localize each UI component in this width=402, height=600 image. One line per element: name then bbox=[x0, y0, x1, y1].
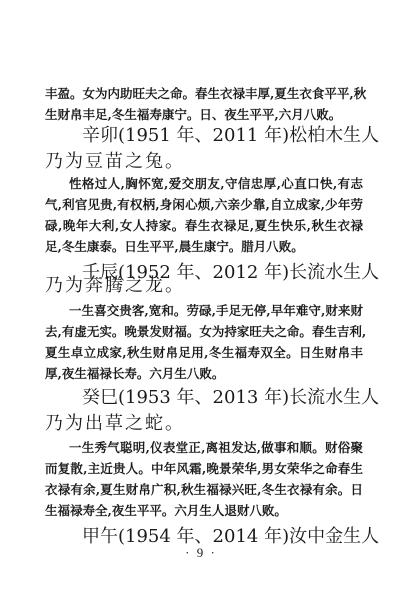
section-heading-xinmao: 辛卯(1951 年、2011 年)松柏木生人 bbox=[82, 123, 363, 149]
body-line: 衣禄有余,夏生财帛广积,秋生福禄兴旺,冬生衣禄有余。日 bbox=[45, 479, 363, 500]
body-line: 夏生卓立成家,秋生财帛足用,冬生福寿双全。日生财帛丰 bbox=[45, 342, 363, 363]
section-heading-xinmao-cont: 乃为豆苗之兔。 bbox=[45, 149, 363, 175]
body-line: 足,冬生康泰。日生平平,晨生康宁。腊月八败。 bbox=[45, 236, 363, 257]
body-line: 去,有虚无实。晚景发财福。女为持家旺夫之命。春生吉利, bbox=[45, 321, 363, 342]
body-line: 气,利官见贵,有权柄,身闲心烦,六亲少靠,自立成家,少年劳 bbox=[45, 194, 363, 215]
section-heading-renchen-cont: 乃为奔腾之龙。 bbox=[45, 273, 363, 299]
book-page: 丰盈。女为内助旺夫之命。春生衣禄丰厚,夏生衣食平平,秋 生财帛丰足,冬生福寿康宁… bbox=[0, 0, 402, 600]
section-heading-guisi: 癸巳(1953 年、2013 年)长流水生人 bbox=[82, 385, 363, 411]
body-line: 一生喜交贵客,宽和。劳碌,手足无停,早年难守,财来财 bbox=[69, 300, 363, 321]
body-line: 生福禄寿全,夜生平平。六月生人退财八败。 bbox=[45, 500, 363, 521]
body-line: 一生秀气聪明,仪表堂正,离祖发达,做事和顺。财俗聚 bbox=[69, 437, 363, 458]
page-number: · 9 · bbox=[0, 545, 402, 561]
body-line: 丰盈。女为内助旺夫之命。春生衣禄丰厚,夏生衣食平平,秋 bbox=[45, 83, 363, 104]
body-line: 而复散,主近贵人。中年风霜,晚景荣华,男女荣华之命春生 bbox=[45, 458, 363, 479]
body-line: 性格过人,胸怀宽,爱交朋友,守信忠厚,心直口快,有志 bbox=[69, 173, 363, 194]
body-line: 碌,晚年大利,女人持家。春生衣禄足,夏生快乐,秋生衣禄 bbox=[45, 215, 363, 236]
body-line: 生财帛丰足,冬生福寿康宁。日、夜生平平,六月八败。 bbox=[45, 104, 363, 125]
body-line: 厚,夜生福禄长寿。六月生八败。 bbox=[45, 363, 363, 384]
section-heading-guisi-cont: 乃为出草之蛇。 bbox=[45, 411, 363, 437]
